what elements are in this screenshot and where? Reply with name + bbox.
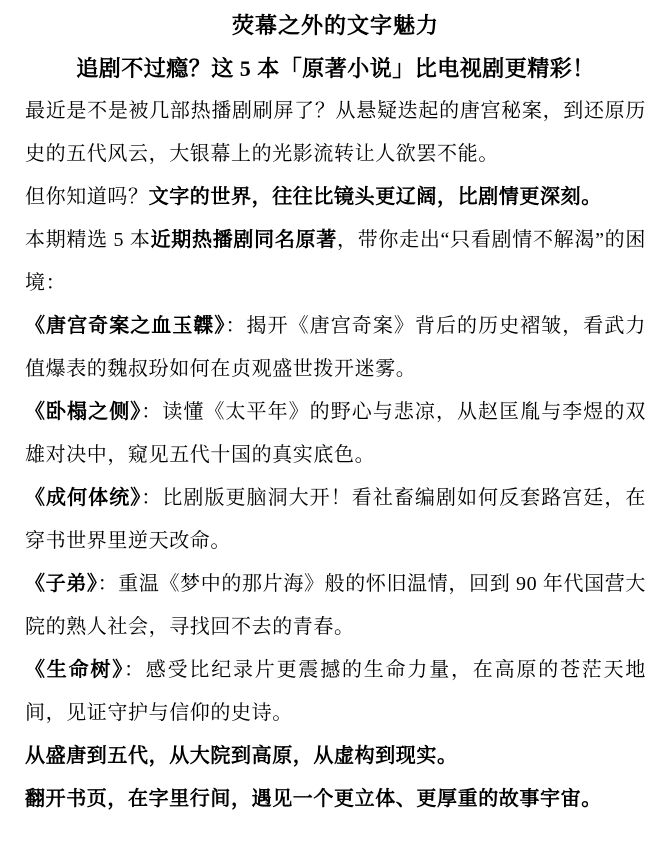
document-page: 荧幕之外的文字魅力 追剧不过瘾？这 5 本「原著小说」比电视剧更精彩！ 最近是不… xyxy=(0,0,670,854)
bold-text-segment: 文字的世界，往往比镜头更辽阔，比剧情更深刻。 xyxy=(149,186,602,208)
bold-text-segment: 《子弟》 xyxy=(25,573,98,595)
bold-text-segment: 《生命树》 xyxy=(25,659,124,681)
bold-text-segment: 《卧榻之侧》 xyxy=(25,401,141,423)
paragraph: 《成何体统》：比剧版更脑洞大开！看社畜编剧如何反套路宫廷，在穿书世界里逆天改命。 xyxy=(25,477,646,563)
bold-text-segment: 《唐宫奇案之血玉韘》 xyxy=(25,315,225,337)
page-title: 荧幕之外的文字魅力 xyxy=(25,4,646,47)
text-segment: 但你知道吗？ xyxy=(25,186,149,208)
paragraph: 《唐宫奇案之血玉韘》：揭开《唐宫奇案》背后的历史褶皱，看武力值爆表的魏叔玢如何在… xyxy=(25,305,646,391)
paragraph: 《子弟》：重温《梦中的那片海》般的怀旧温情，回到 90 年代国营大院的熟人社会，… xyxy=(25,563,646,649)
paragraph: 从盛唐到五代，从大院到高原，从虚构到现实。 xyxy=(25,735,646,778)
bold-text-segment: 翻开书页，在字里行间，遇见一个更立体、更厚重的故事宇宙。 xyxy=(25,788,602,810)
page-subtitle: 追剧不过瘾？这 5 本「原著小说」比电视剧更精彩！ xyxy=(25,47,646,90)
paragraph: 最近是不是被几部热播剧刷屏了？从悬疑迭起的唐宫秘案，到还原历史的五代风云，大银幕… xyxy=(25,90,646,176)
paragraph: 《卧榻之侧》：读懂《太平年》的野心与悲凉，从赵匡胤与李煜的双雄对决中，窥见五代十… xyxy=(25,391,646,477)
text-segment: 最近是不是被几部热播剧刷屏了？从悬疑迭起的唐宫秘案，到还原历史的五代风云，大银幕… xyxy=(25,100,646,165)
paragraph: 翻开书页，在字里行间，遇见一个更立体、更厚重的故事宇宙。 xyxy=(25,778,646,821)
text-segment: 本期精选 5 本 xyxy=(25,229,151,251)
text-segment: ：重温《梦中的那片海》般的怀旧温情，回到 90 年代国营大院的熟人社会，寻找回不… xyxy=(25,573,646,638)
paragraph: 《生命树》：感受比纪录片更震撼的生命力量，在高原的苍茫天地间，见证守护与信仰的史… xyxy=(25,649,646,735)
paragraph: 本期精选 5 本近期热播剧同名原著，带你走出“只看剧情不解渴”的困境： xyxy=(25,219,646,305)
bold-text-segment: 从盛唐到五代，从大院到高原，从虚构到现实。 xyxy=(25,745,458,767)
article-body: 最近是不是被几部热播剧刷屏了？从悬疑迭起的唐宫秘案，到还原历史的五代风云，大银幕… xyxy=(25,90,646,821)
bold-text-segment: 《成何体统》 xyxy=(25,487,141,509)
bold-text-segment: 近期热播剧同名原著 xyxy=(151,229,337,251)
paragraph: 但你知道吗？文字的世界，往往比镜头更辽阔，比剧情更深刻。 xyxy=(25,176,646,219)
